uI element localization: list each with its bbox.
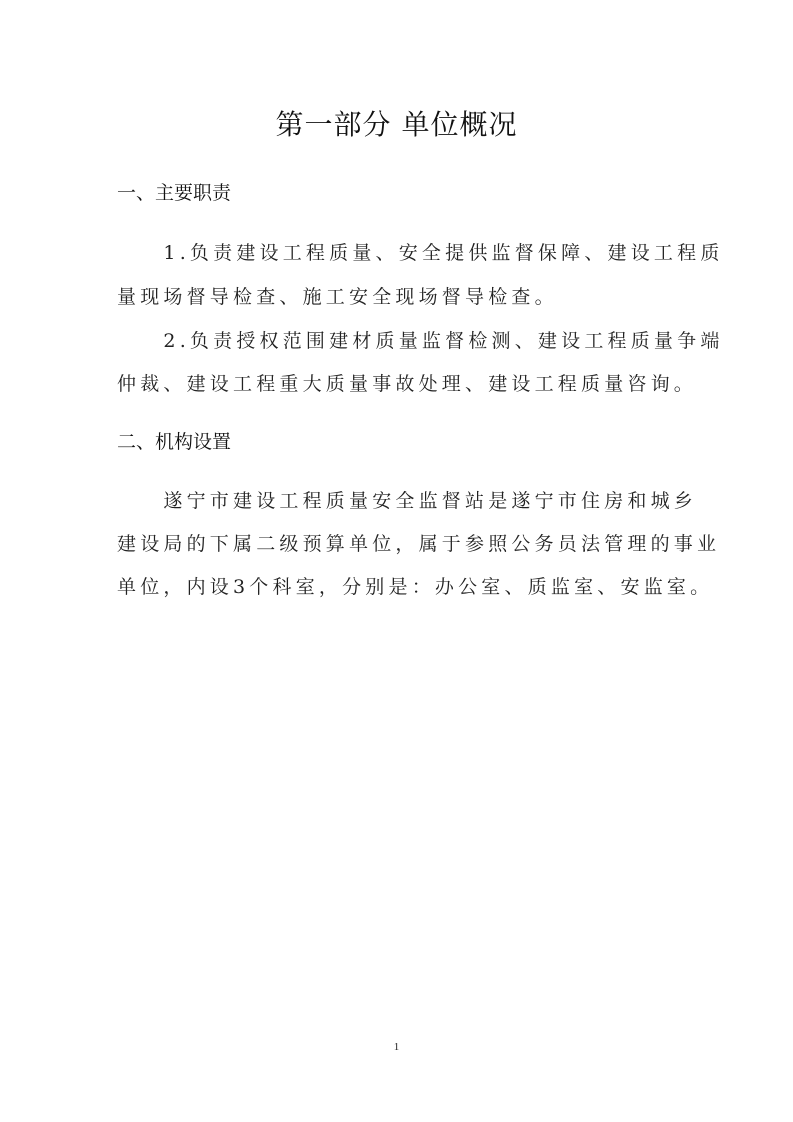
page-number: 1 (0, 1041, 793, 1053)
paragraph-line: 遂宁市建设工程质量安全监督站是遂宁市住房和城乡 (117, 486, 677, 513)
paragraph-line: 建设局的下属二级预算单位，属于参照公务员法管理的事业 (117, 529, 677, 556)
section-heading-organization: 二、机构设置 (117, 427, 231, 454)
paragraph-line: 量现场督导检查、施工安全现场督导检查。 (117, 282, 677, 309)
paragraph-line: 单位，内设3个科室，分别是：办公室、质监室、安监室。 (117, 572, 677, 599)
paragraph-line: 2.负责授权范围建材质量监督检测、建设工程质量争端 (117, 326, 677, 353)
paragraph-line: 1.负责建设工程质量、安全提供监督保障、建设工程质 (117, 238, 677, 265)
page-title: 第一部分 单位概况 (0, 103, 793, 143)
paragraph-line: 仲裁、建设工程重大质量事故处理、建设工程质量咨询。 (117, 369, 677, 396)
section-heading-main-duties: 一、主要职责 (117, 178, 231, 205)
